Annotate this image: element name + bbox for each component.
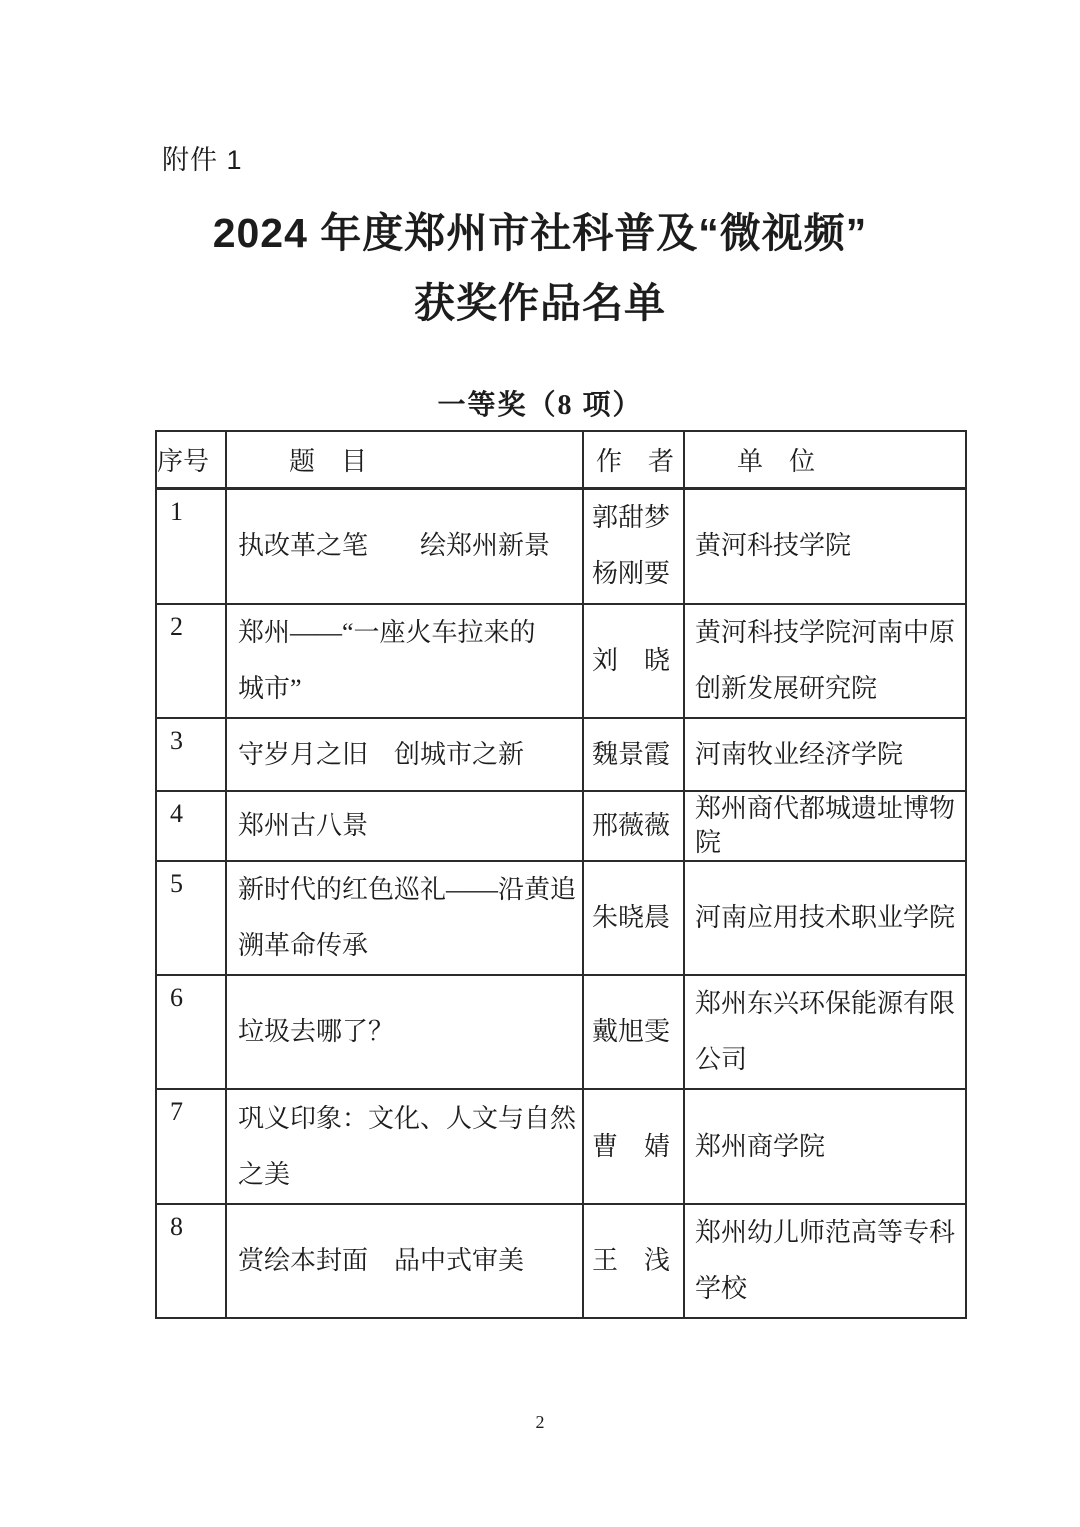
row-no: 8 [156, 1204, 226, 1318]
row-unit: 黄河科技学院 [684, 488, 966, 604]
document-title-line1: 2024 年度郑州市社科普及“微视频” [0, 198, 1080, 268]
header-title: 题 目 [226, 431, 583, 488]
row-title: 郑州——“一座火车拉来的 城市” [226, 604, 583, 718]
table-row: 4 郑州古八景 邢薇薇 郑州商代都城遗址博物 院 [156, 791, 966, 861]
row-author: 戴旭雯 [583, 975, 684, 1089]
row-unit: 郑州东兴环保能源有限 公司 [684, 975, 966, 1089]
row-author: 王 浅 [583, 1204, 684, 1318]
section-title: 一等奖（8 项） [0, 383, 1080, 423]
table-row: 5 新时代的红色巡礼——沿黄追 溯革命传承 朱晓晨 河南应用技术职业学院 [156, 861, 966, 975]
row-author: 魏景霞 [583, 718, 684, 791]
row-no: 2 [156, 604, 226, 718]
row-title: 执改革之笔 绘郑州新景 [226, 488, 583, 604]
table-row: 8 赏绘本封面 品中式审美 王 浅 郑州幼儿师范高等专科 学校 [156, 1204, 966, 1318]
document-title-line2: 获奖作品名单 [0, 268, 1080, 338]
row-author: 邢薇薇 [583, 791, 684, 861]
row-title: 巩义印象：文化、人文与自然 之美 [226, 1089, 583, 1204]
row-unit: 河南牧业经济学院 [684, 718, 966, 791]
table-row: 7 巩义印象：文化、人文与自然 之美 曹 婧 郑州商学院 [156, 1089, 966, 1204]
document-page: 附件 1 2024 年度郑州市社科普及“微视频” 获奖作品名单 一等奖（8 项）… [0, 0, 1080, 1527]
row-author: 曹 婧 [583, 1089, 684, 1204]
row-unit: 黄河科技学院河南中原 创新发展研究院 [684, 604, 966, 718]
row-title: 赏绘本封面 品中式审美 [226, 1204, 583, 1318]
row-title: 守岁月之旧 创城市之新 [226, 718, 583, 791]
table-row: 3 守岁月之旧 创城市之新 魏景霞 河南牧业经济学院 [156, 718, 966, 791]
row-no: 6 [156, 975, 226, 1089]
attachment-label: 附件 1 [162, 138, 243, 177]
row-author: 刘 晓 [583, 604, 684, 718]
table-row: 1 执改革之笔 绘郑州新景 郭甜梦 杨刚要 黄河科技学院 [156, 488, 966, 604]
row-no: 1 [156, 488, 226, 604]
row-unit: 河南应用技术职业学院 [684, 861, 966, 975]
row-unit: 郑州商学院 [684, 1089, 966, 1204]
row-no: 7 [156, 1089, 226, 1204]
row-no: 4 [156, 791, 226, 861]
table-row: 2 郑州——“一座火车拉来的 城市” 刘 晓 黄河科技学院河南中原 创新发展研究… [156, 604, 966, 718]
document-title: 2024 年度郑州市社科普及“微视频” 获奖作品名单 [0, 198, 1080, 338]
row-unit: 郑州幼儿师范高等专科 学校 [684, 1204, 966, 1318]
row-no: 5 [156, 861, 226, 975]
row-unit: 郑州商代都城遗址博物 院 [684, 791, 966, 861]
header-author: 作 者 [583, 431, 684, 488]
page-number: 2 [0, 1412, 1080, 1433]
row-author: 郭甜梦 杨刚要 [583, 488, 684, 604]
row-title: 新时代的红色巡礼——沿黄追 溯革命传承 [226, 861, 583, 975]
header-no: 序号 [156, 431, 226, 488]
table-row: 6 垃圾去哪了？ 戴旭雯 郑州东兴环保能源有限 公司 [156, 975, 966, 1089]
header-unit: 单 位 [684, 431, 966, 488]
row-title: 郑州古八景 [226, 791, 583, 861]
table-header-row: 序号 题 目 作 者 单 位 [156, 431, 966, 488]
row-no: 3 [156, 718, 226, 791]
awards-table: 序号 题 目 作 者 单 位 1 执改革之笔 绘郑州新景 郭甜梦 杨刚要 黄河科… [155, 430, 967, 1319]
row-author: 朱晓晨 [583, 861, 684, 975]
row-title: 垃圾去哪了？ [226, 975, 583, 1089]
